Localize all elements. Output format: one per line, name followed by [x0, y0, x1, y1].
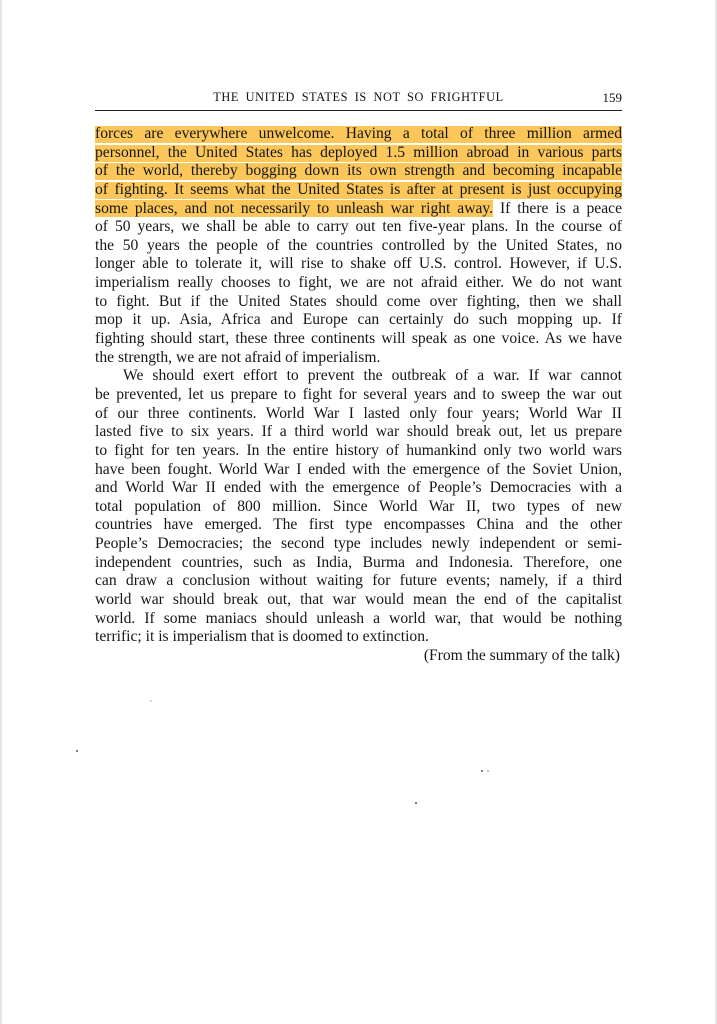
text-line: countries have emerged. The first type e…: [95, 516, 622, 535]
page-number: 159: [603, 90, 623, 106]
text-line: the strength, we are not afraid of imper…: [95, 349, 622, 368]
text-line: the 50 years the people of the countries…: [95, 237, 622, 256]
scan-speck: [150, 700, 152, 702]
text-line: longer able to tolerate it, will rise to…: [95, 255, 622, 274]
text-line: People’s Democracies; the second type in…: [95, 535, 622, 554]
text-line: We should exert effort to prevent the ou…: [95, 367, 622, 386]
text-line: total population of 800 million. Since W…: [95, 498, 622, 517]
paragraph-1: of 50 years, we shall be able to carry o…: [95, 218, 622, 367]
attribution: (From the summary of the talk): [95, 647, 622, 666]
scan-speck: [76, 750, 78, 752]
scan-speck: [487, 770, 489, 772]
text-line: to fight for ten years. In the entire hi…: [95, 442, 622, 461]
text-line: have been fought. World War I ended with…: [95, 461, 622, 480]
highlighted-line: of fighting. It seems what the United St…: [95, 181, 622, 200]
body-text: forces are everywhere unwelcome. Having …: [95, 125, 622, 666]
text-line: and World War II ended with the emergenc…: [95, 479, 622, 498]
text-line: world. If some maniacs should unleash a …: [95, 610, 622, 629]
running-title: THE UNITED STATES IS NOT SO FRIGHTFUL: [95, 90, 622, 105]
text-line: lasted five to six years. If a third wor…: [95, 423, 622, 442]
highlighted-passage: forces are everywhere unwelcome. Having …: [95, 125, 622, 218]
plain-text: If there is a peace: [493, 200, 622, 217]
text-line: to fight. But if the United States shoul…: [95, 293, 622, 312]
scan-speck: [415, 802, 417, 804]
highlighted-line: of the world, thereby bogging down its o…: [95, 162, 622, 181]
text-line: world war should break out, that war wou…: [95, 591, 622, 610]
highlighted-text: some places, and not necessarily to unle…: [95, 200, 493, 217]
page-edge-left: [0, 0, 2, 1024]
paragraph-2: We should exert effort to prevent the ou…: [95, 367, 622, 647]
header-rule: [95, 110, 622, 111]
text-line: of our three continents. World War I las…: [95, 405, 622, 424]
text-line: can draw a conclusion without waiting fo…: [95, 572, 622, 591]
scan-speck: [481, 770, 483, 772]
highlighted-line: forces are everywhere unwelcome. Having …: [95, 125, 622, 144]
mixed-line: some places, and not necessarily to unle…: [95, 200, 622, 219]
text-line: be prevented, let us prepare to fight fo…: [95, 386, 622, 405]
text-line: terrific; it is imperialism that is doom…: [95, 628, 622, 647]
running-head: THE UNITED STATES IS NOT SO FRIGHTFUL 15…: [95, 90, 622, 110]
text-line: of 50 years, we shall be able to carry o…: [95, 218, 622, 237]
highlighted-line: personnel, the United States has deploye…: [95, 144, 622, 163]
text-line: fighting should start, these three conti…: [95, 330, 622, 349]
text-line: mop it up. Asia, Africa and Europe can c…: [95, 311, 622, 330]
text-line: independent countries, such as India, Bu…: [95, 554, 622, 573]
text-line: imperialism really chooses to fight, we …: [95, 274, 622, 293]
